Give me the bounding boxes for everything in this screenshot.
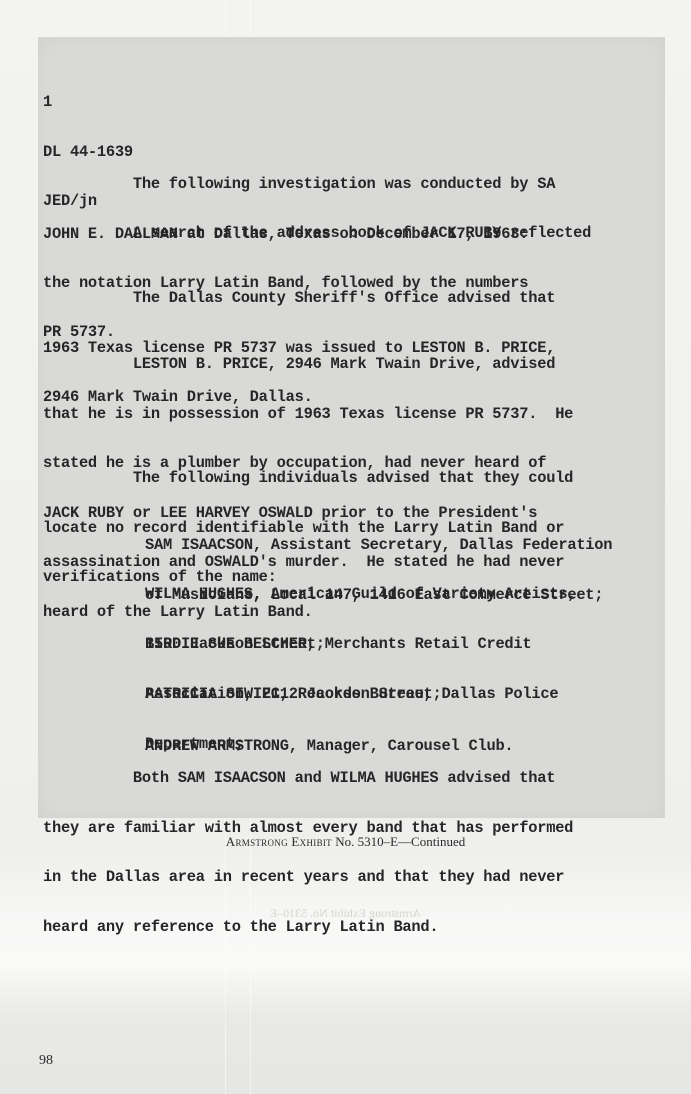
- text-line: in the Dallas area in recent years and t…: [43, 869, 573, 886]
- exhibit-caption: Armstrong Exhibit No. 5310–E—Continued: [0, 834, 691, 850]
- bleed-through-caption: Armstrong Exhibit No. 5310–E: [0, 906, 691, 921]
- text-line: The Dallas County Sheriff's Office advis…: [43, 290, 555, 307]
- paragraph-closing: Both SAM ISAACSON and WILMA HUGHES advis…: [43, 737, 573, 968]
- text-line: LESTON B. PRICE, 2946 Mark Twain Drive, …: [43, 356, 573, 373]
- exhibit-number: No. 5310–E—Continued: [335, 834, 465, 849]
- text-line: that he is in possession of 1963 Texas l…: [43, 406, 573, 423]
- text-line: Both SAM ISAACSON and WILMA HUGHES advis…: [43, 770, 573, 787]
- page-number: 98: [39, 1053, 53, 1069]
- text-line: PATRICIA SIWIEC, Records Bureau, Dallas …: [145, 686, 558, 703]
- scanned-page: 1 DL 44-1639 JED/jn The following invest…: [0, 0, 691, 1094]
- text-line: BIRDIE SUE BELCHER, Merchants Retail Cre…: [145, 636, 531, 653]
- exhibit-name: Armstrong Exhibit: [226, 834, 332, 849]
- text-line: The following individuals advised that t…: [43, 470, 573, 487]
- text-line: WILMA HUGHES, American Guild of Variety …: [145, 586, 576, 603]
- text-line: The following investigation was conducte…: [43, 176, 555, 193]
- typed-report-sheet: 1 DL 44-1639 JED/jn The following invest…: [38, 37, 665, 818]
- text-line: SAM ISAACSON, Assistant Secretary, Dalla…: [145, 537, 612, 554]
- text-line: A search of the address book of JACK RUB…: [43, 225, 591, 242]
- page-index: 1: [43, 94, 133, 111]
